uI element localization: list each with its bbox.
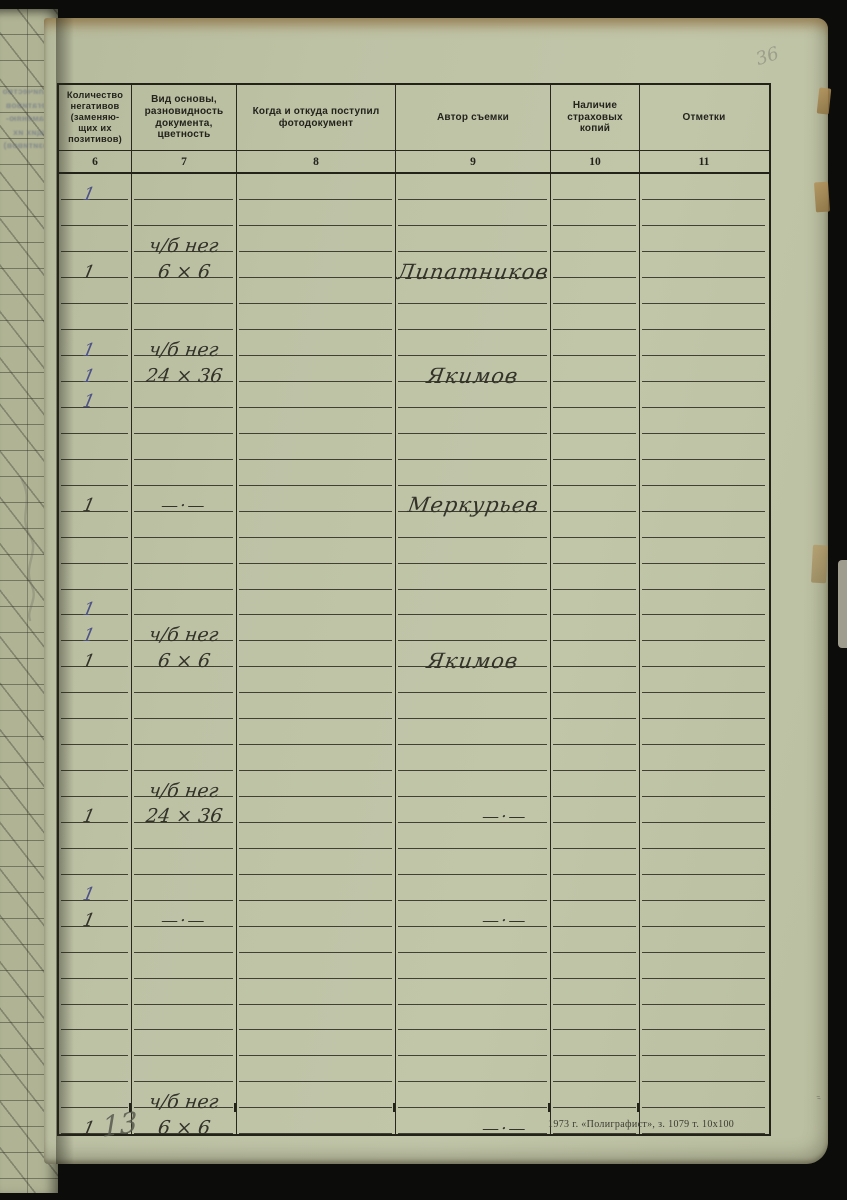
column-header-10: Наличие страховых копий — [551, 85, 640, 150]
cell-c7: —·— — [132, 485, 237, 511]
cell-c6: 1 — [59, 874, 132, 900]
cell-c11 — [640, 797, 768, 823]
cell-c9 — [396, 978, 551, 1004]
cell-c11 — [640, 174, 768, 200]
cell-c7 — [132, 952, 237, 978]
cell-c8 — [237, 304, 396, 330]
table-row — [59, 1004, 769, 1030]
handwritten-entry: 24 × 36 — [145, 367, 224, 386]
cell-c9: Якимов — [396, 641, 551, 667]
cell-c10 — [551, 1030, 640, 1056]
table-row — [59, 1056, 769, 1082]
cell-c6 — [59, 1082, 132, 1108]
handwritten-entry: 6 × 6 — [157, 1119, 212, 1138]
table-row — [59, 304, 769, 330]
table-row — [59, 433, 769, 459]
handwritten-entry: —·— — [481, 1121, 528, 1138]
cell-c9 — [396, 693, 551, 719]
cell-c11 — [640, 407, 768, 433]
cell-c10 — [551, 1082, 640, 1108]
cell-c6: 1 — [59, 797, 132, 823]
table-row — [59, 745, 769, 771]
cell-c11 — [640, 667, 768, 693]
cell-c7 — [132, 433, 237, 459]
cell-c10 — [551, 719, 640, 745]
cell-c6 — [59, 926, 132, 952]
cell-c9 — [396, 226, 551, 252]
cell-c6 — [59, 822, 132, 848]
cell-c8 — [237, 200, 396, 226]
cell-c6 — [59, 563, 132, 589]
cell-c8 — [237, 252, 396, 278]
cell-c8 — [237, 926, 396, 952]
cell-c9 — [396, 745, 551, 771]
cell-c11 — [640, 926, 768, 952]
cell-c6: 1 — [59, 382, 132, 408]
cell-c8 — [237, 952, 396, 978]
cell-c7: ч/б нег — [132, 615, 237, 641]
cell-c8 — [237, 1004, 396, 1030]
cell-c11 — [640, 900, 768, 926]
table-row — [59, 459, 769, 485]
cell-c9: —·— — [396, 797, 551, 823]
next-page-edge — [838, 560, 847, 648]
print-imprint: 1973 г. «Полиграфист», з. 1079 т. 10х100 — [548, 1119, 734, 1130]
cell-c10 — [551, 615, 640, 641]
cell-c10 — [551, 797, 640, 823]
cell-c8 — [237, 874, 396, 900]
column-number-row: 6 7 8 9 10 11 — [59, 150, 769, 174]
cell-c9 — [396, 589, 551, 615]
cell-c9 — [396, 537, 551, 563]
column-number-8: 8 — [237, 151, 396, 172]
cell-c8 — [237, 485, 396, 511]
table-row — [59, 537, 769, 563]
cell-c8 — [237, 174, 396, 200]
cell-c7: ч/б нег — [132, 771, 237, 797]
handwritten-entry: —·— — [481, 809, 528, 826]
cell-c11 — [640, 278, 768, 304]
cell-c7 — [132, 563, 237, 589]
handwritten-entry: —·— — [481, 913, 528, 930]
cell-c6 — [59, 1004, 132, 1030]
cell-c10 — [551, 745, 640, 771]
cell-c9 — [396, 407, 551, 433]
cell-c9 — [396, 822, 551, 848]
cell-c8 — [237, 1056, 396, 1082]
cell-c9 — [396, 1056, 551, 1082]
cell-c8 — [237, 797, 396, 823]
cell-c7 — [132, 200, 237, 226]
cell-c11 — [640, 304, 768, 330]
table-row: 1ч/б нег — [59, 615, 769, 641]
cell-c11 — [640, 511, 768, 537]
cell-c10 — [551, 485, 640, 511]
column-header-7: Вид основы, разновидность документа, цве… — [132, 85, 237, 150]
cell-c11 — [640, 252, 768, 278]
table-row — [59, 693, 769, 719]
cell-c10 — [551, 848, 640, 874]
cell-c6 — [59, 1056, 132, 1082]
cell-c6 — [59, 1030, 132, 1056]
cell-c9 — [396, 1004, 551, 1030]
table-row: ч/б нег — [59, 226, 769, 252]
cell-c11 — [640, 771, 768, 797]
cell-c11 — [640, 615, 768, 641]
cell-c8 — [237, 433, 396, 459]
cell-c9 — [396, 433, 551, 459]
cell-c6: 1 — [59, 589, 132, 615]
cell-c8 — [237, 719, 396, 745]
cell-c8 — [237, 1082, 396, 1108]
cell-c8 — [237, 537, 396, 563]
handwritten-entry: —·— — [160, 913, 207, 930]
cell-c8 — [237, 822, 396, 848]
cell-c9 — [396, 848, 551, 874]
handwritten-entry: Якимов — [426, 366, 521, 387]
cell-c6: 1 — [59, 330, 132, 356]
column-header-6: Количество негативов (заменяю- щих их по… — [59, 85, 132, 150]
cell-c8 — [237, 978, 396, 1004]
column-number-10: 10 — [551, 151, 640, 172]
cell-c7 — [132, 1056, 237, 1082]
column-header-11: Отметки — [640, 85, 768, 150]
cell-c11 — [640, 563, 768, 589]
page-number-pencil-bottom: 13 — [102, 1105, 138, 1144]
tape-fragment — [817, 87, 832, 114]
cell-c8 — [237, 900, 396, 926]
cell-c11 — [640, 382, 768, 408]
cell-c6: 1 — [59, 641, 132, 667]
cell-c8 — [237, 382, 396, 408]
table-row — [59, 1030, 769, 1056]
table-row — [59, 719, 769, 745]
cell-c10 — [551, 174, 640, 200]
table-row: 1ч/б нег — [59, 330, 769, 356]
cell-c9: Меркурьев — [396, 485, 551, 511]
table-row: 1 — [59, 874, 769, 900]
handwritten-entry: Меркурьев — [406, 495, 540, 516]
cell-c9: Липатников — [396, 252, 551, 278]
cell-c6 — [59, 407, 132, 433]
cell-c7 — [132, 304, 237, 330]
cell-c6: 1 — [59, 485, 132, 511]
cell-c10 — [551, 200, 640, 226]
cell-c10 — [551, 1004, 640, 1030]
cell-c10 — [551, 459, 640, 485]
cell-c6 — [59, 978, 132, 1004]
table-row — [59, 848, 769, 874]
registry-table: Количество негативов (заменяю- щих их по… — [57, 83, 771, 1136]
cell-c11 — [640, 1030, 768, 1056]
cell-c8 — [237, 226, 396, 252]
column-header-9: Автор съемки — [396, 85, 551, 150]
cell-c11 — [640, 433, 768, 459]
cell-c9 — [396, 200, 551, 226]
handwritten-entry: 24 × 36 — [145, 807, 224, 826]
cell-c10 — [551, 693, 640, 719]
cell-c6 — [59, 848, 132, 874]
cell-c10 — [551, 900, 640, 926]
cell-c6: 1 — [59, 900, 132, 926]
cell-c6 — [59, 433, 132, 459]
table-row — [59, 563, 769, 589]
cell-c11 — [640, 1056, 768, 1082]
cell-c9: Якимов — [396, 356, 551, 382]
table-row: 1 — [59, 589, 769, 615]
cell-c10 — [551, 330, 640, 356]
table-row: 1—·——·— — [59, 900, 769, 926]
handwritten-entry: ч/б нег — [148, 237, 220, 256]
handwritten-entry: 6 × 6 — [157, 263, 212, 282]
handwritten-entry: ч/б нег — [148, 1093, 220, 1112]
cell-c9: —·— — [396, 900, 551, 926]
cell-c6: 1 — [59, 615, 132, 641]
cell-c10 — [551, 641, 640, 667]
cell-c10 — [551, 978, 640, 1004]
tape-fragment — [811, 545, 828, 584]
cell-c11 — [640, 719, 768, 745]
column-header-8: Когда и откуда поступил фотодокумент — [237, 85, 396, 150]
cell-c6 — [59, 226, 132, 252]
cell-c10 — [551, 407, 640, 433]
cell-c9 — [396, 1082, 551, 1108]
cell-c8 — [237, 615, 396, 641]
cell-c11 — [640, 693, 768, 719]
cell-c7: ч/б нег — [132, 330, 237, 356]
table-body: 1ч/б нег16 × 6Липатников1ч/б нег124 × 36… — [59, 174, 769, 1134]
table-row: 1—·—Меркурьев — [59, 485, 769, 511]
column-number-6: 6 — [59, 151, 132, 172]
cell-c11 — [640, 978, 768, 1004]
cell-c11 — [640, 641, 768, 667]
cell-c10 — [551, 926, 640, 952]
cell-c11 — [640, 745, 768, 771]
cell-c11 — [640, 822, 768, 848]
cell-c6 — [59, 952, 132, 978]
cell-c10 — [551, 304, 640, 330]
cell-c10 — [551, 822, 640, 848]
cell-c10 — [551, 433, 640, 459]
cell-c8 — [237, 407, 396, 433]
column-line-tick — [129, 1103, 131, 1112]
table-row: ч/б нег — [59, 771, 769, 797]
cell-c9 — [396, 771, 551, 797]
cell-c8 — [237, 693, 396, 719]
table-header-row: Количество негативов (заменяю- щих их по… — [59, 85, 769, 150]
handwritten-entry: ч/б нег — [148, 626, 220, 645]
cell-c6 — [59, 304, 132, 330]
cell-c8 — [237, 511, 396, 537]
cell-c8 — [237, 771, 396, 797]
handwritten-entry: Якимов — [426, 651, 521, 672]
cell-c7 — [132, 978, 237, 1004]
cell-c9 — [396, 615, 551, 641]
cell-c11 — [640, 1082, 768, 1108]
cell-c6 — [59, 511, 132, 537]
cell-c9 — [396, 563, 551, 589]
cell-c10 — [551, 382, 640, 408]
cell-c7 — [132, 407, 237, 433]
cell-c10 — [551, 511, 640, 537]
table-row — [59, 200, 769, 226]
column-line-tick — [637, 1103, 639, 1112]
cell-c11 — [640, 848, 768, 874]
column-line-tick — [548, 1103, 550, 1112]
tape-fragment — [814, 182, 830, 213]
cell-c8 — [237, 1108, 396, 1134]
cell-c7 — [132, 1030, 237, 1056]
cell-c7 — [132, 174, 237, 200]
table-row — [59, 407, 769, 433]
handwritten-entry: 1 — [81, 1120, 96, 1138]
cell-c6 — [59, 537, 132, 563]
table-row — [59, 952, 769, 978]
cell-c6 — [59, 719, 132, 745]
cell-c7: ч/б нег — [132, 1082, 237, 1108]
column-number-7: 7 — [132, 151, 237, 172]
cell-c11 — [640, 1004, 768, 1030]
column-number-9: 9 — [396, 151, 551, 172]
cell-c10 — [551, 874, 640, 900]
cell-c7: ч/б нег — [132, 226, 237, 252]
cell-c9 — [396, 330, 551, 356]
cell-c7: —·— — [132, 900, 237, 926]
handwritten-entry: ч/б нег — [148, 782, 220, 801]
cell-c6: 1 — [59, 356, 132, 382]
cell-c6 — [59, 693, 132, 719]
cell-c10 — [551, 1056, 640, 1082]
cell-c7 — [132, 848, 237, 874]
cell-c11 — [640, 485, 768, 511]
cell-c7 — [132, 745, 237, 771]
cell-c6 — [59, 278, 132, 304]
cell-c7 — [132, 459, 237, 485]
column-number-11: 11 — [640, 151, 768, 172]
column-line-tick — [393, 1103, 395, 1112]
cell-c7 — [132, 537, 237, 563]
cell-c9 — [396, 874, 551, 900]
cell-c9: —·— — [396, 1108, 551, 1134]
cell-c9 — [396, 459, 551, 485]
handwritten-entry: —·— — [160, 498, 207, 515]
cell-c9 — [396, 174, 551, 200]
cell-c8 — [237, 641, 396, 667]
cell-c9 — [396, 304, 551, 330]
cell-c9 — [396, 952, 551, 978]
handwritten-entry: 6 × 6 — [157, 652, 212, 671]
cell-c10 — [551, 278, 640, 304]
cell-c7 — [132, 874, 237, 900]
cell-c6: 1 — [59, 174, 132, 200]
cell-c7 — [132, 693, 237, 719]
cell-c10 — [551, 252, 640, 278]
cell-c8 — [237, 589, 396, 615]
cell-c7 — [132, 589, 237, 615]
column-line-tick — [234, 1103, 236, 1112]
cell-c11 — [640, 200, 768, 226]
cell-c8 — [237, 356, 396, 382]
table-row — [59, 978, 769, 1004]
cell-c8 — [237, 278, 396, 304]
cell-c11 — [640, 874, 768, 900]
cell-c11 — [640, 537, 768, 563]
cell-c8 — [237, 745, 396, 771]
cell-c8 — [237, 667, 396, 693]
handwritten-entry: Липатников — [395, 262, 550, 283]
cell-c7 — [132, 1004, 237, 1030]
cell-c11 — [640, 226, 768, 252]
cell-c6 — [59, 200, 132, 226]
cell-c9 — [396, 1030, 551, 1056]
handwritten-entry: ч/б нег — [148, 341, 220, 360]
cell-c10 — [551, 537, 640, 563]
cell-c10 — [551, 226, 640, 252]
cell-c6 — [59, 771, 132, 797]
cell-c8 — [237, 330, 396, 356]
pencil-scribble — [14, 474, 48, 624]
cell-c6 — [59, 745, 132, 771]
cell-c10 — [551, 589, 640, 615]
cell-c10 — [551, 952, 640, 978]
cell-c10 — [551, 771, 640, 797]
cell-c11 — [640, 356, 768, 382]
cell-c10 — [551, 563, 640, 589]
cell-c9 — [396, 926, 551, 952]
cell-c9 — [396, 719, 551, 745]
cell-c11 — [640, 459, 768, 485]
cell-c8 — [237, 563, 396, 589]
cell-c6 — [59, 667, 132, 693]
cell-c6 — [59, 459, 132, 485]
cell-c6: 1 — [59, 252, 132, 278]
cell-c7 — [132, 719, 237, 745]
scanned-ledger-photo: Количество негативов (заменяю- щих их по… — [0, 0, 847, 1200]
cell-c11 — [640, 330, 768, 356]
table-row: 1 — [59, 174, 769, 200]
cell-c8 — [237, 848, 396, 874]
cell-c8 — [237, 1030, 396, 1056]
cell-c10 — [551, 356, 640, 382]
cell-c11 — [640, 952, 768, 978]
cell-c8 — [237, 459, 396, 485]
cell-c11 — [640, 589, 768, 615]
cell-c10 — [551, 667, 640, 693]
table-row: ч/б нег — [59, 1082, 769, 1108]
